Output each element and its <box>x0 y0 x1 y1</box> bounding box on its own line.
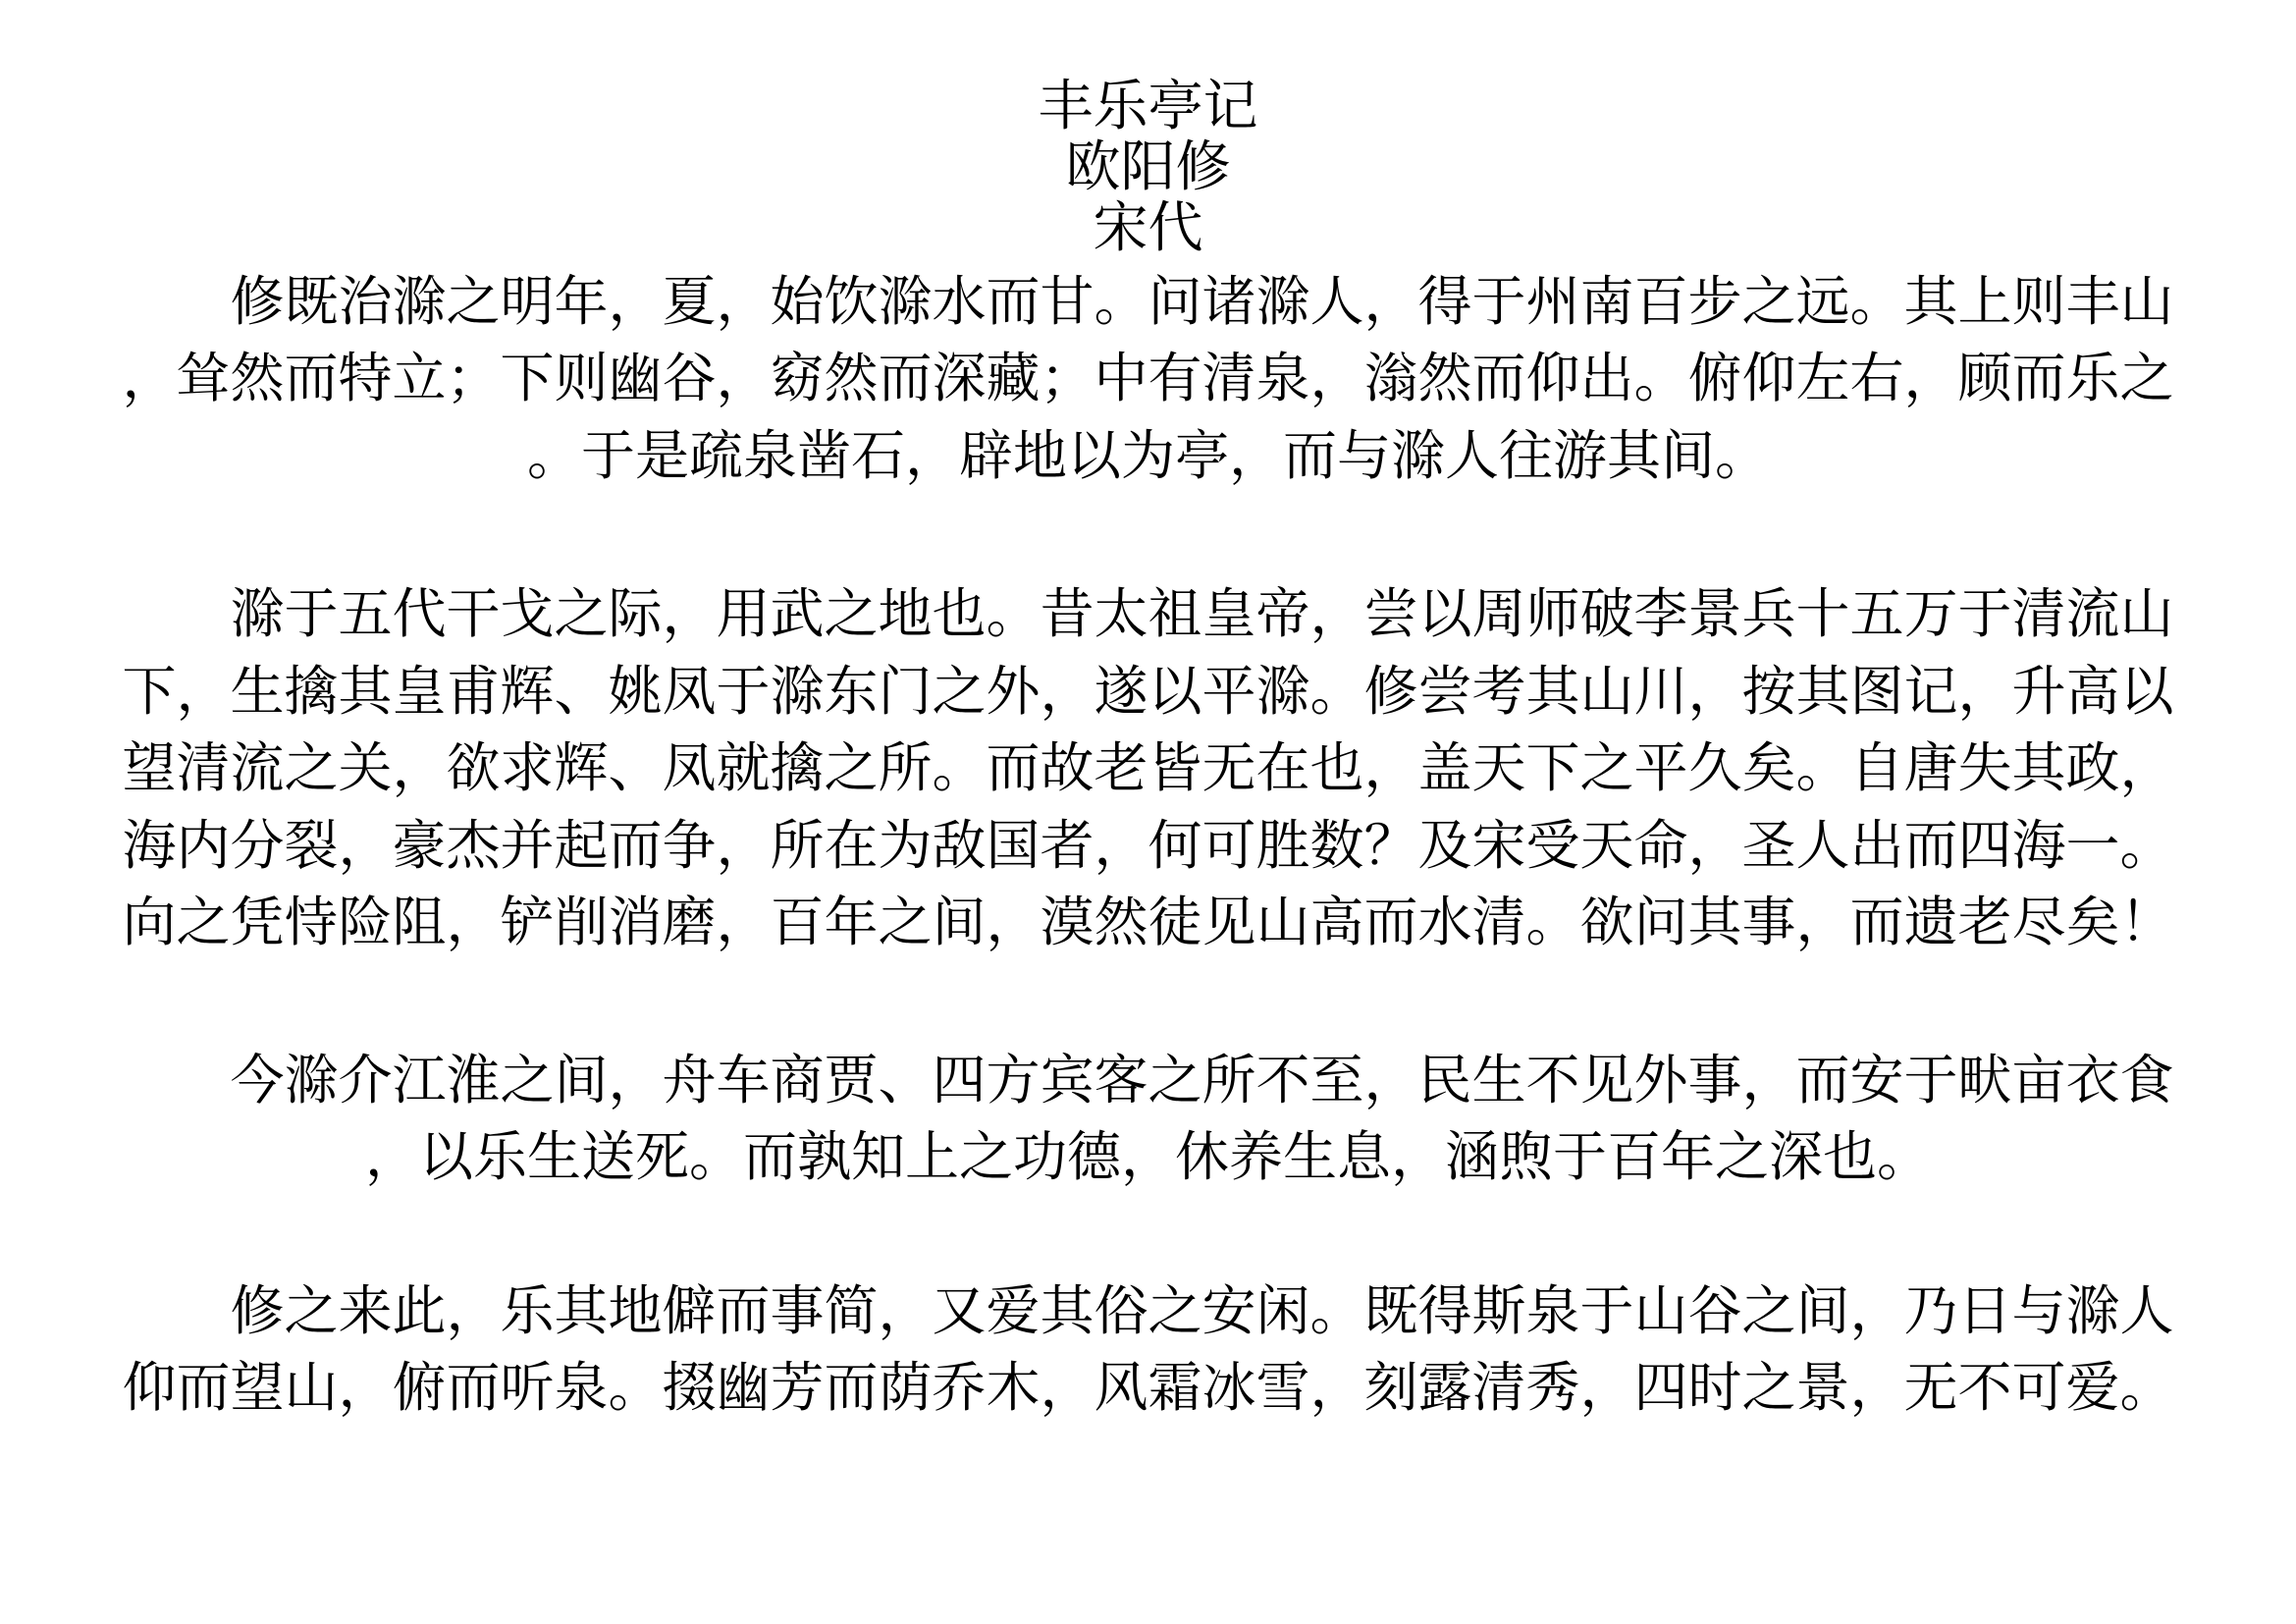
paragraph-line: 海内分裂，豪杰并起而争，所在为敌国者，何可胜数？及宋受天命，圣人出而四海一。 <box>0 807 2296 884</box>
document-title: 丰乐亭记 <box>0 77 2296 137</box>
document-dynasty: 宋代 <box>0 198 2296 259</box>
paragraph-line: 下，生擒其皇甫辉、姚凤于滁东门之外，遂以平滁。修尝考其山川，按其图记，升高以 <box>0 653 2296 730</box>
paragraph-line: 。于是疏泉凿石，辟地以为亭，而与滁人往游其间。 <box>0 417 2296 494</box>
paragraph-line: 滁于五代干戈之际，用武之地也。昔太祖皇帝，尝以周师破李景兵十五万于清流山 <box>0 575 2296 652</box>
paragraph-line: 今滁介江淮之间，舟车商贾、四方宾客之所不至，民生不见外事，而安于畎亩衣食 <box>0 1042 2296 1118</box>
paragraph-line: 向之凭恃险阻，铲削消磨，百年之间，漠然徒见山高而水清。欲问其事，而遗老尽矣！ <box>0 884 2296 960</box>
paragraph-line: ，耸然而特立；下则幽谷，窈然而深藏；中有清泉，滃然而仰出。俯仰左右，顾而乐之 <box>0 340 2296 416</box>
paragraph-line: 修之来此，乐其地僻而事简，又爱其俗之安闲。既得斯泉于山谷之间，乃日与滁人 <box>0 1272 2296 1349</box>
paragraph-line: 修既治滁之明年，夏，始饮滁水而甘。问诸滁人，得于州南百步之远。其上则丰山 <box>0 263 2296 340</box>
document-page: 丰乐亭记 欧阳修 宋代 修既治滁之明年，夏，始饮滁水而甘。问诸滁人，得于州南百步… <box>0 0 2296 1624</box>
document-author: 欧阳修 <box>0 137 2296 198</box>
paragraph-line: 望清流之关，欲求辉、凤就擒之所。而故老皆无在也，盖天下之平久矣。自唐失其政， <box>0 730 2296 806</box>
paragraph-line: ，以乐生送死。而孰知上之功德，休养生息，涵煦于百年之深也。 <box>0 1118 2296 1195</box>
paragraph-line: 仰而望山，俯而听泉。掇幽芳而荫乔木，风霜冰雪，刻露清秀，四时之景，无不可爱。 <box>0 1349 2296 1426</box>
